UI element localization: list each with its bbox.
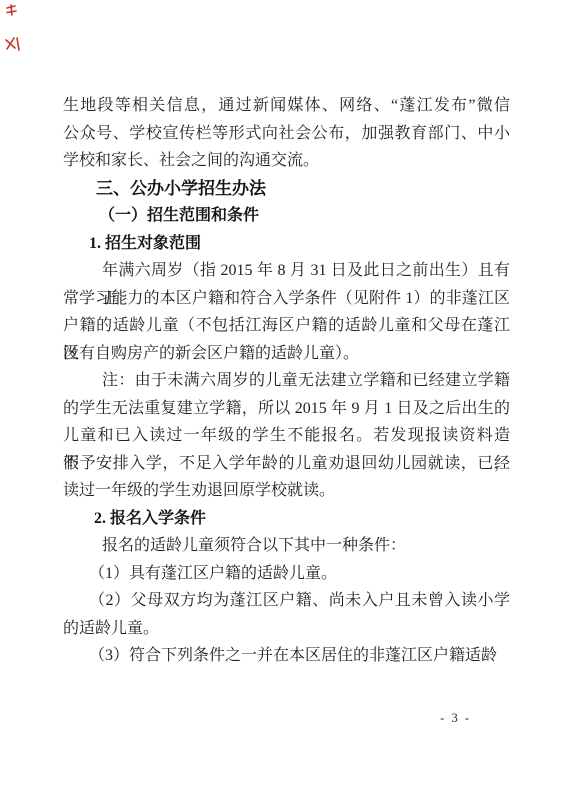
section-heading-level-1: 三、公办小学招生办法: [96, 175, 510, 203]
text-line: 没有自购房产的新会区户籍的适龄儿童）。: [63, 340, 510, 368]
list-item-3: （3）符合下列条件之一并在本区居住的非蓬江区户籍适龄: [89, 642, 510, 670]
text-line: 的学生无法重复建立学籍，所以 2015 年 9 月 1 日及之后出生的: [63, 395, 510, 423]
document-body: 生地段等相关信息，通过新闻媒体、网络、“蓬江发布”微信 公众号、学校宣传栏等形式…: [63, 92, 510, 670]
text-line: 学校和家长、社会之间的沟通交流。: [63, 147, 510, 175]
text-line: 户籍的适龄儿童（不包括江海区户籍的适龄儿童和父母在蓬江区: [63, 312, 510, 340]
text-line: 年满六周岁（指 2015 年 8 月 31 日及此日之前出生）且有正: [102, 257, 510, 285]
page-number: - 3 -: [440, 711, 471, 726]
text-line: 报名的适龄儿童须符合以下其中一种条件：: [102, 532, 510, 560]
text-line: 的适龄儿童。: [63, 615, 510, 643]
text-line: 常学习能力的本区户籍和符合入学条件（见附件 1）的非蓬江区: [63, 285, 510, 313]
red-ink-mark-icon: [4, 3, 22, 53]
text-line: 公众号、学校宣传栏等形式向社会公布，加强教育部门、中小: [63, 120, 510, 148]
text-line: 不予安排入学，不足入学年龄的儿童劝退回幼儿园就读，已经: [63, 450, 510, 478]
subsection-heading-1: 1. 招生对象范围: [89, 230, 510, 258]
subsection-heading-2: 2. 报名入学条件: [94, 505, 510, 533]
text-line: 生地段等相关信息，通过新闻媒体、网络、“蓬江发布”微信: [63, 92, 510, 120]
text-line: 儿童和已入读过一年级的学生不能报名。若发现报读资料造假，: [63, 422, 510, 450]
list-item-1: （1）具有蓬江区户籍的适龄儿童。: [89, 560, 510, 588]
text-line: 读过一年级的学生劝退回原学校就读。: [63, 477, 510, 505]
section-heading-level-2: （一）招生范围和条件: [99, 202, 510, 230]
document-page: 生地段等相关信息，通过新闻媒体、网络、“蓬江发布”微信 公众号、学校宣传栏等形式…: [0, 0, 566, 800]
list-item-2: （2）父母双方均为蓬江区户籍、尚未入户且未曾入读小学: [89, 587, 510, 615]
text-line-note: 注：由于未满六周岁的儿童无法建立学籍和已经建立学籍: [102, 367, 510, 395]
